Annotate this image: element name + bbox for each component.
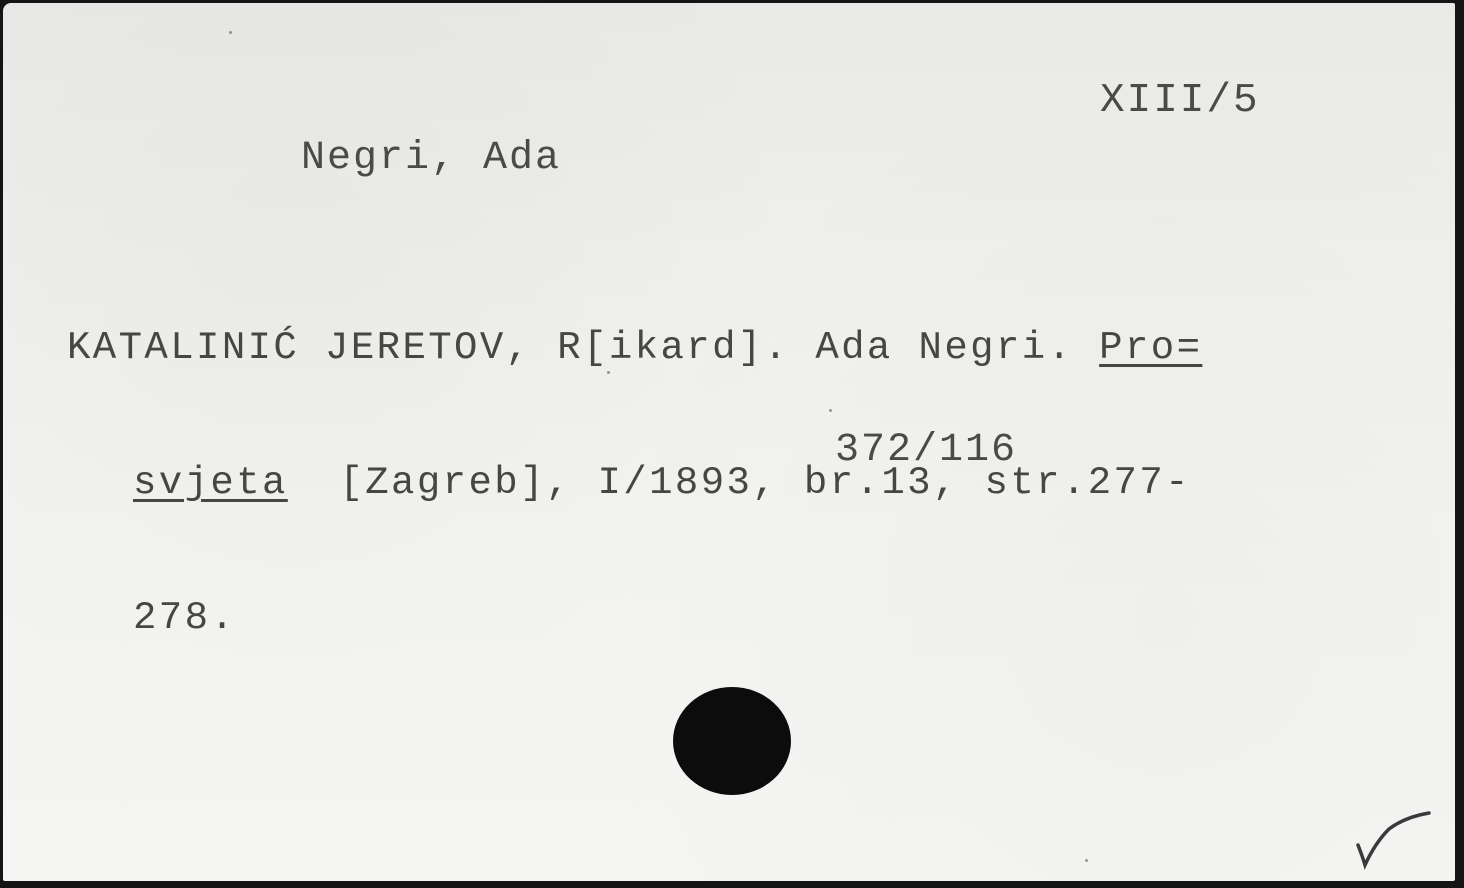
entry-author: KATALINIĆ JERETOV, R	[67, 326, 583, 370]
entry-article-title: . Ada Negri.	[764, 326, 1099, 370]
entry-line-1: KATALINIĆ JERETOV, R[ikard]. Ada Negri. …	[67, 326, 1202, 371]
subject-heading: Negri, Ada	[301, 139, 561, 179]
entry-line-2: svjeta [Zagreb], I/1893, br.13, str.277-	[67, 461, 1202, 506]
catalog-card: XIII/5 Negri, Ada KATALINIĆ JERETOV, R[i…	[3, 3, 1455, 881]
bibliographic-entry: KATALINIĆ JERETOV, R[ikard]. Ada Negri. …	[67, 236, 1202, 731]
entry-journal-title-end: svjeta	[133, 461, 288, 505]
paper-speck	[829, 409, 832, 412]
entry-journal-title-start: Pro=	[1099, 326, 1202, 370]
accession-number: 372/116	[835, 431, 1017, 471]
entry-place: [Zagreb]	[339, 461, 545, 505]
checkmark-icon	[1353, 803, 1433, 873]
paper-speck	[1085, 859, 1088, 862]
entry-line-3: 278.	[67, 596, 1202, 641]
entry-author-bracket: [ikard]	[583, 326, 764, 370]
entry-pages-end: 278.	[133, 596, 236, 640]
scanned-card-background: XIII/5 Negri, Ada KATALINIĆ JERETOV, R[i…	[0, 0, 1464, 888]
paper-speck	[229, 31, 232, 34]
punch-hole-icon	[673, 687, 791, 795]
paper-speck	[607, 371, 610, 374]
call-number: XIII/5	[1100, 81, 1260, 122]
